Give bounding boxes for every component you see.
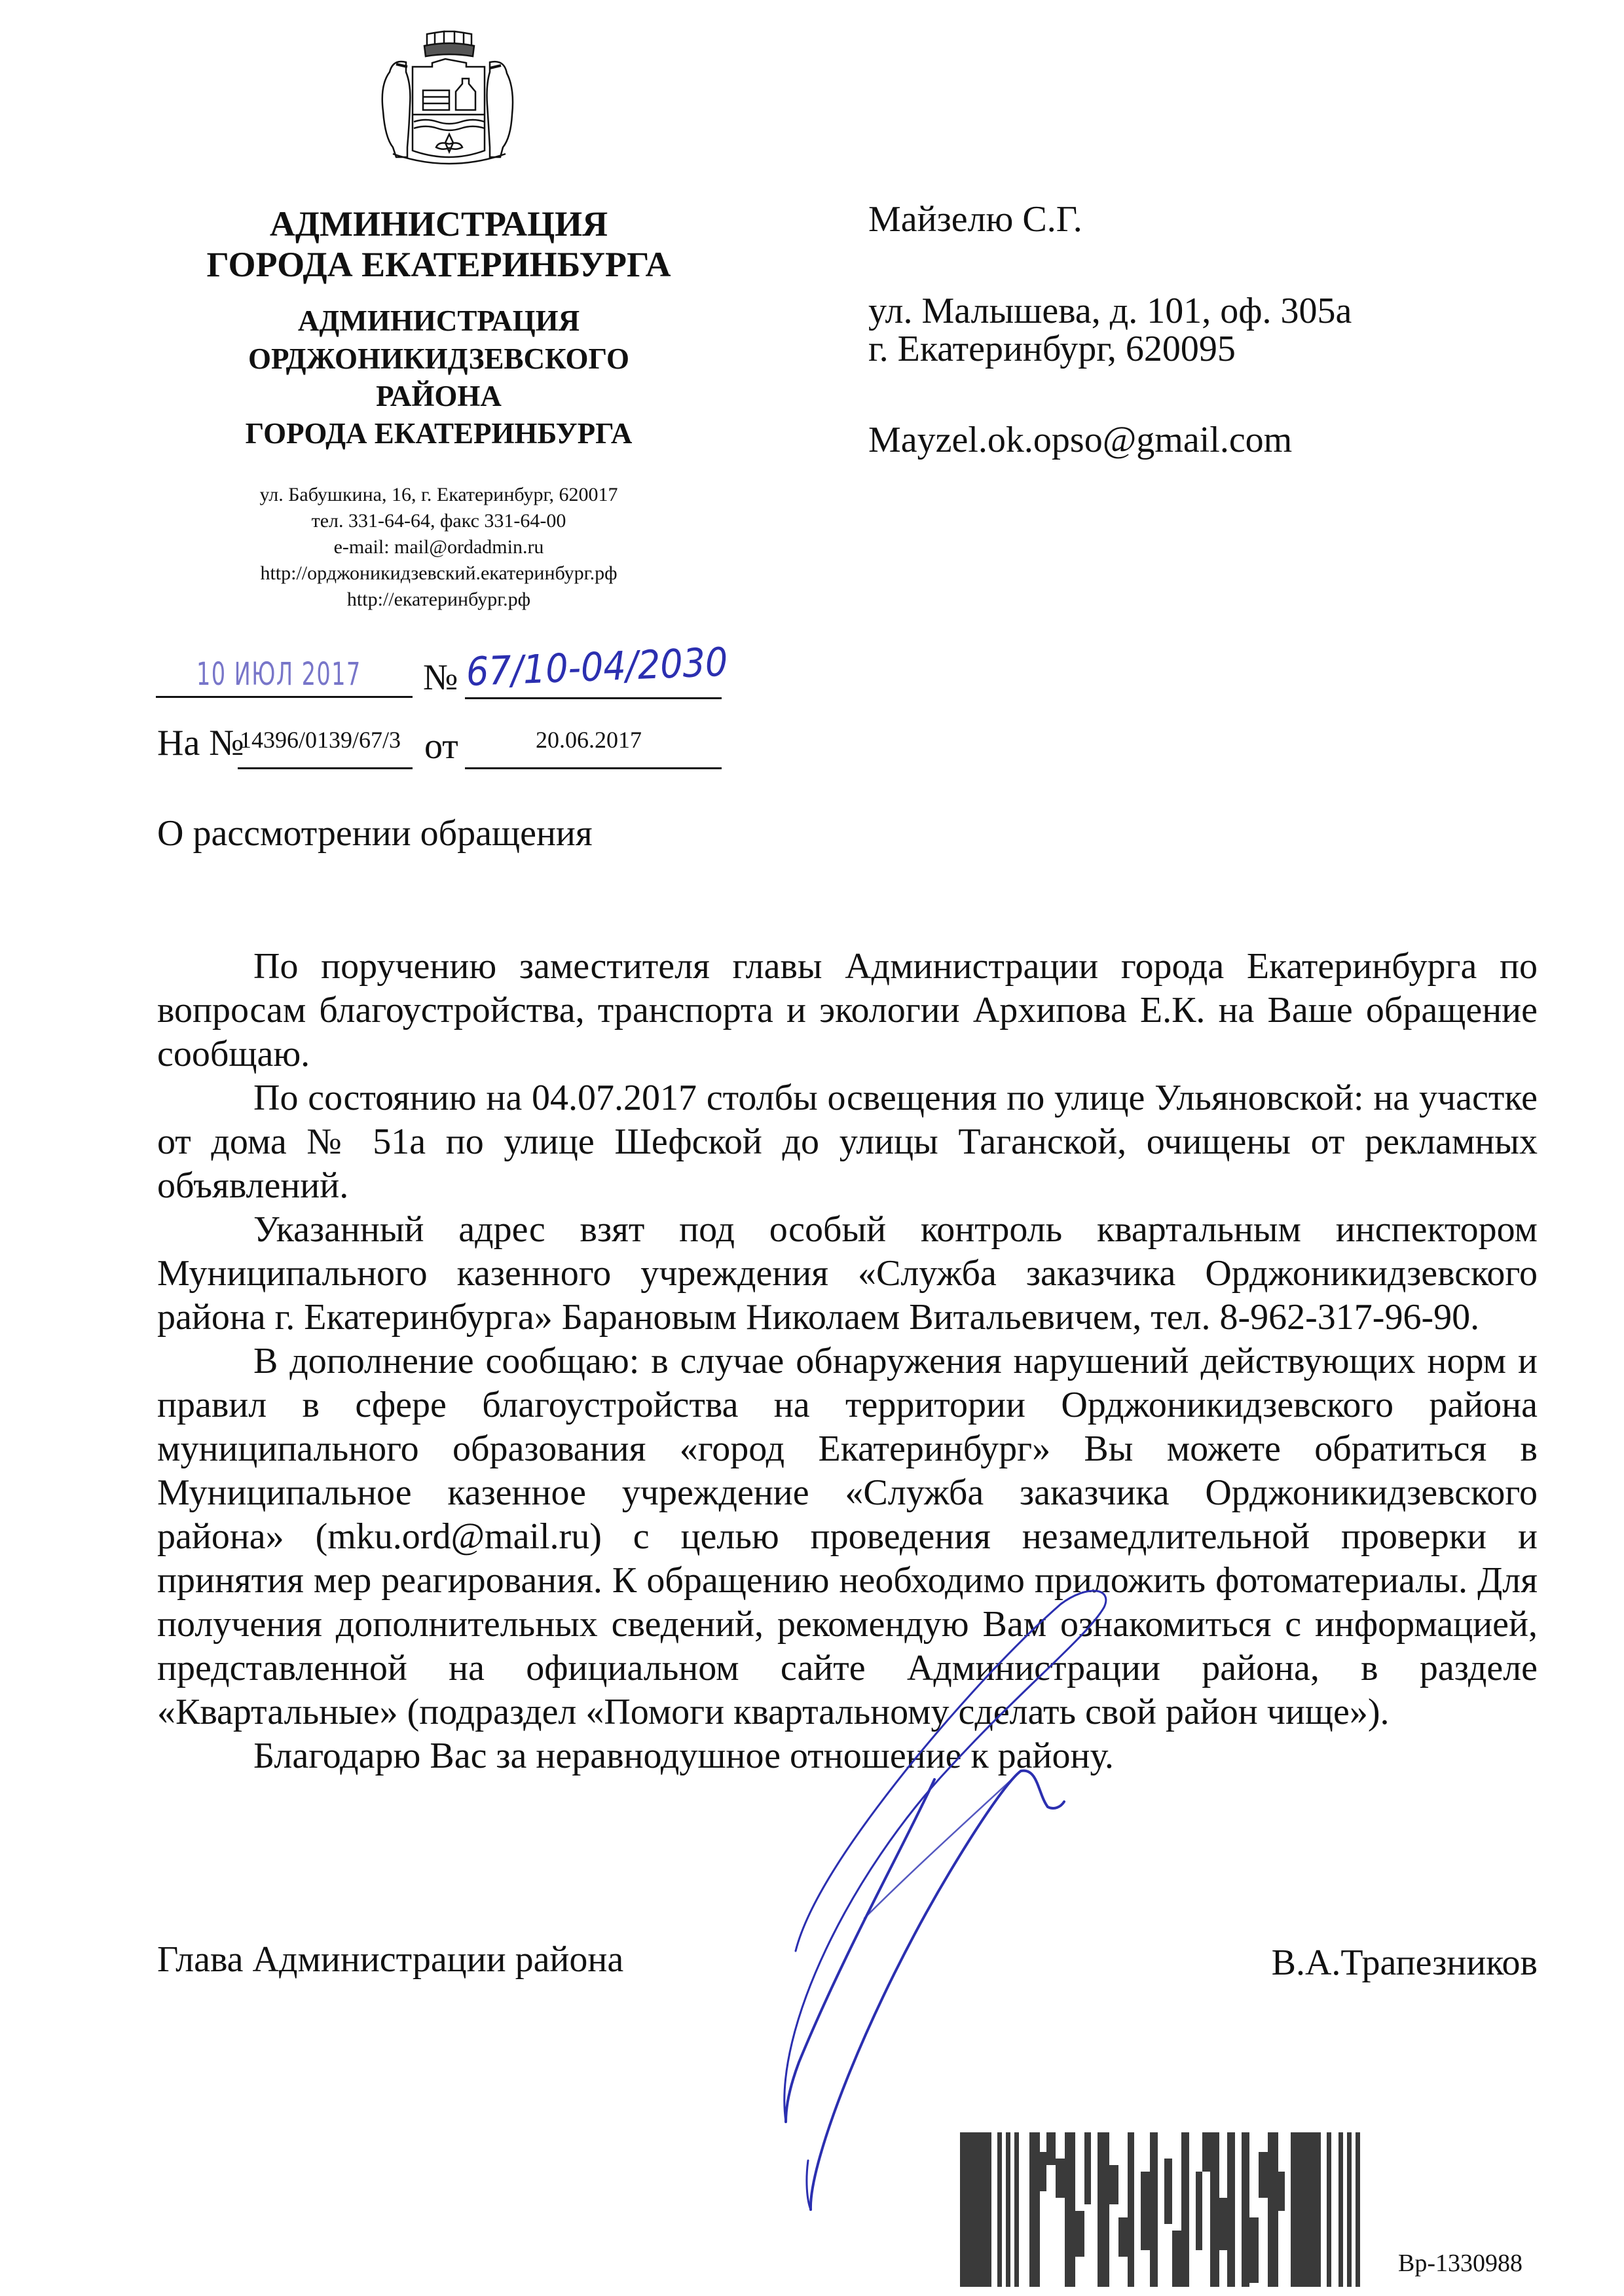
number-underline [465, 697, 722, 699]
date-underline [156, 696, 413, 698]
district-admin-title-line1: АДМИНИСТРАЦИЯ [131, 302, 747, 340]
reply-to-date: 20.06.2017 [536, 727, 642, 753]
org-phone: тел. 331-64-64, факс 331-64-00 [131, 508, 747, 534]
city-admin-title-line2: ГОРОДА ЕКАТЕРИНБУРГА [131, 245, 747, 284]
district-admin-title-line4: ГОРОДА ЕКАТЕРИНБУРГА [131, 415, 747, 452]
recipient-email: Mayzel.ok.opso@gmail.com [868, 421, 1292, 459]
date-stamp: 10 ИЮЛ 2017 [196, 656, 361, 693]
body-paragraph: Указанный адрес взят под особый контроль… [157, 1208, 1538, 1339]
number-label: № [423, 658, 458, 697]
org-email: e-mail: mail@ordadmin.ru [131, 534, 747, 560]
letter-body: По поручению заместителя главы Администр… [157, 945, 1538, 1778]
reply-to-number: 14396/0139/67/3 [240, 727, 401, 753]
body-paragraph: По состоянию на 04.07.2017 столбы освеще… [157, 1076, 1538, 1208]
reply-to-label: На № [157, 723, 244, 763]
recipient-address-line2: г. Екатеринбург, 620095 [868, 330, 1236, 368]
contacts-block: ул. Бабушкина, 16, г. Екатеринбург, 6200… [131, 482, 747, 613]
recipient-name: Майзелю С.Г. [868, 200, 1082, 238]
document-code: Вр-1330988 [1398, 2249, 1522, 2278]
reply-to-date-underline [465, 767, 722, 769]
district-admin-title-line3: РАЙОНА [131, 378, 747, 415]
signatory-name: В.А.Трапезников [1272, 1941, 1538, 1985]
barcode-icon [960, 2132, 1386, 2287]
org-website-city: http://екатеринбург.рф [131, 587, 747, 613]
subject-line: О рассмотрении обращения [157, 812, 593, 856]
district-admin-title-line2: ОРДЖОНИКИДЗЕВСКОГО [131, 340, 747, 378]
city-admin-title-line1: АДМИНИСТРАЦИЯ [131, 204, 747, 244]
body-paragraph: Благодарю Вас за неравнодушное отношение… [157, 1734, 1538, 1778]
body-paragraph: По поручению заместителя главы Администр… [157, 945, 1538, 1076]
recipient-address-line1: ул. Малышева, д. 101, оф. 305а [868, 292, 1352, 330]
signatory-position: Глава Администрации района [157, 1938, 623, 1982]
reply-to-number-underline [238, 767, 413, 769]
body-paragraph: В дополнение сообщаю: в случае обнаружен… [157, 1339, 1538, 1734]
org-website-district: http://орджоникидзевский.екатеринбург.рф [131, 560, 747, 587]
outgoing-number: 67/10-04/2030 [466, 640, 728, 695]
coat-of-arms-icon [367, 26, 524, 167]
from-label: от [424, 727, 458, 766]
org-address: ул. Бабушкина, 16, г. Екатеринбург, 6200… [131, 482, 747, 508]
